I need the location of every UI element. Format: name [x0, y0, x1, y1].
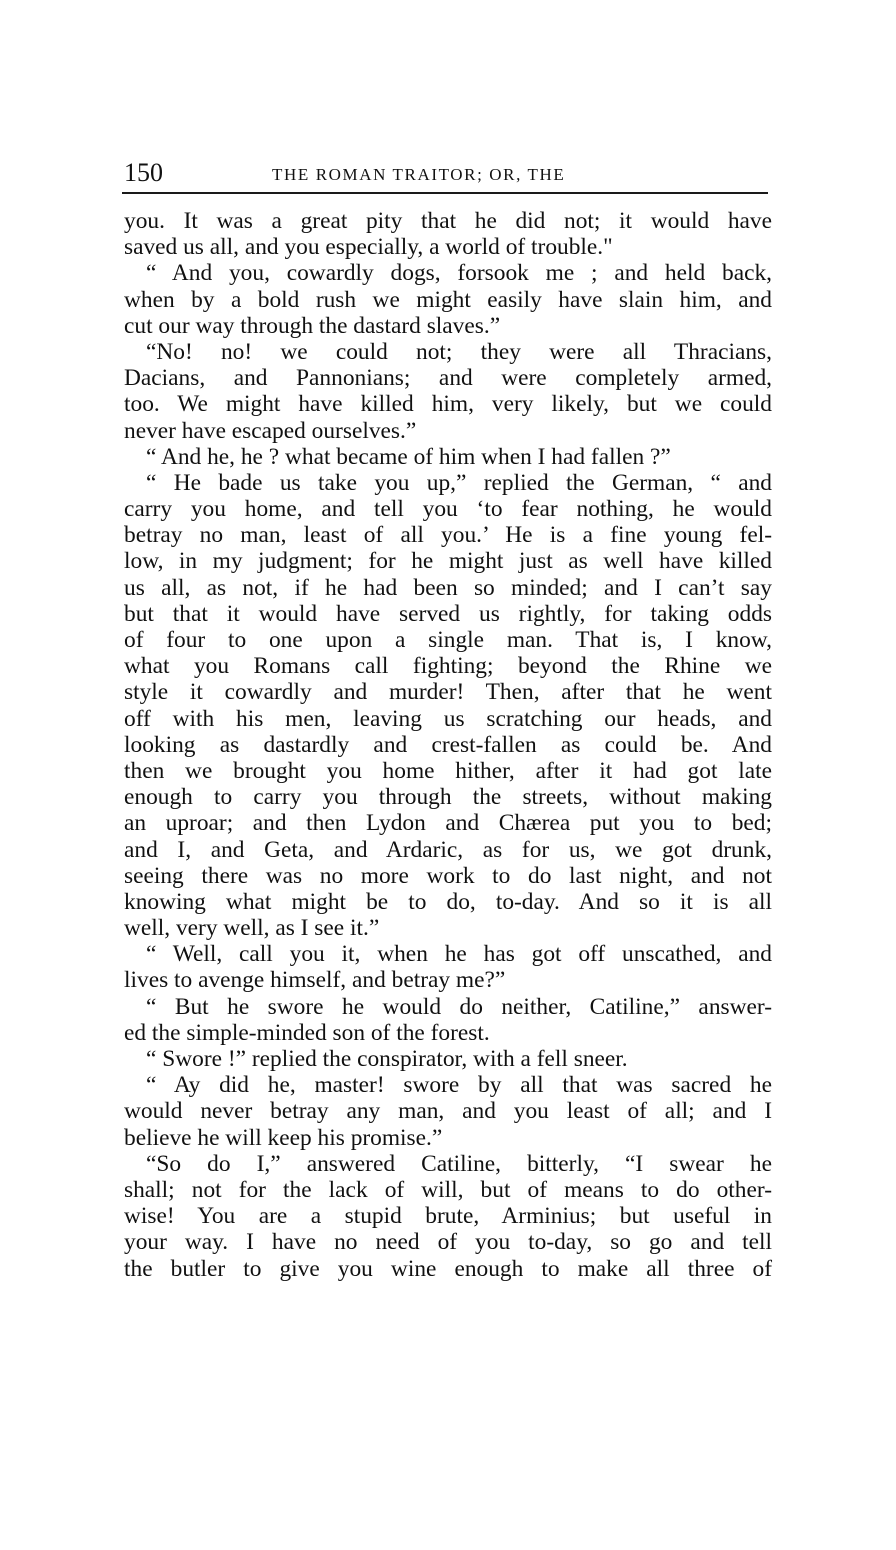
text-line: the butler to give you wine enough to ma…: [124, 1256, 772, 1282]
text-line: of four to one upon a single man. That i…: [124, 627, 772, 653]
text-line: “ He bade us take you up,” replied the G…: [124, 470, 772, 496]
text-line: “ Swore !” replied the conspirator, with…: [124, 1046, 772, 1072]
text-line: Dacians, and Pannonians; and were comple…: [124, 365, 772, 391]
text-line: low, in my judgment; for he might just a…: [124, 548, 772, 574]
text-line: “ And he, he ? what became of him when I…: [124, 444, 772, 470]
text-line: what you Romans call fighting; beyond th…: [124, 653, 772, 679]
text-line: too. We might have killed him, very like…: [124, 391, 772, 417]
text-line: looking as dastardly and crest-fallen as…: [124, 732, 772, 758]
text-line: off with his men, leaving us scratching …: [124, 706, 772, 732]
text-line: knowing what might be to do, to-day. And…: [124, 889, 772, 915]
body-text: you. It was a great pity that he did not…: [124, 208, 772, 1282]
header-rule: [122, 192, 768, 194]
running-title: THE ROMAN TRAITOR; OR, THE: [272, 160, 565, 190]
text-line: seeing there was no more work to do last…: [124, 863, 772, 889]
text-line: us all, as not, if he had been so minded…: [124, 575, 772, 601]
text-line: shall; not for the lack of will, but of …: [124, 1177, 772, 1203]
text-line: carry you home, and tell you ‘to fear no…: [124, 496, 772, 522]
text-line: betray no man, least of all you.’ He is …: [124, 522, 772, 548]
running-header: 150 THE ROMAN TRAITOR; OR, THE: [124, 158, 772, 188]
book-page: 150 THE ROMAN TRAITOR; OR, THE you. It w…: [124, 158, 772, 188]
text-line: “ Well, call you it, when he has got off…: [124, 941, 772, 967]
text-line: believe he will keep his promise.”: [124, 1125, 772, 1151]
text-line: then we brought you home hither, after i…: [124, 758, 772, 784]
text-line: cut our way through the dastard slaves.”: [124, 313, 772, 339]
text-line: your way. I have no need of you to-day, …: [124, 1229, 772, 1255]
text-line: ed the simple-minded son of the forest.: [124, 1020, 772, 1046]
text-line: lives to avenge himself, and betray me?”: [124, 967, 772, 993]
text-line: wise! You are a stupid brute, Arminius; …: [124, 1203, 772, 1229]
text-line: “No! no! we could not; they were all Thr…: [124, 339, 772, 365]
page-number: 150: [124, 158, 163, 188]
text-line: well, very well, as I see it.”: [124, 915, 772, 941]
text-line: and I, and Geta, and Ardaric, as for us,…: [124, 837, 772, 863]
text-line: never have escaped ourselves.”: [124, 418, 772, 444]
text-line: “ Ay did he, master! swore by all that w…: [124, 1072, 772, 1098]
text-line: “So do I,” answered Catiline, bitterly, …: [124, 1151, 772, 1177]
text-line: “ And you, cowardly dogs, forsook me ; a…: [124, 260, 772, 286]
text-line: enough to carry you through the streets,…: [124, 784, 772, 810]
text-line: saved us all, and you especially, a worl…: [124, 234, 772, 260]
text-line: an uproar; and then Lydon and Chærea put…: [124, 810, 772, 836]
text-line: “ But he swore he would do neither, Cati…: [124, 994, 772, 1020]
text-line: when by a bold rush we might easily have…: [124, 287, 772, 313]
text-line: would never betray any man, and you leas…: [124, 1098, 772, 1124]
text-line: you. It was a great pity that he did not…: [124, 208, 772, 234]
text-line: style it cowardly and murder! Then, afte…: [124, 679, 772, 705]
text-line: but that it would have served us rightly…: [124, 601, 772, 627]
